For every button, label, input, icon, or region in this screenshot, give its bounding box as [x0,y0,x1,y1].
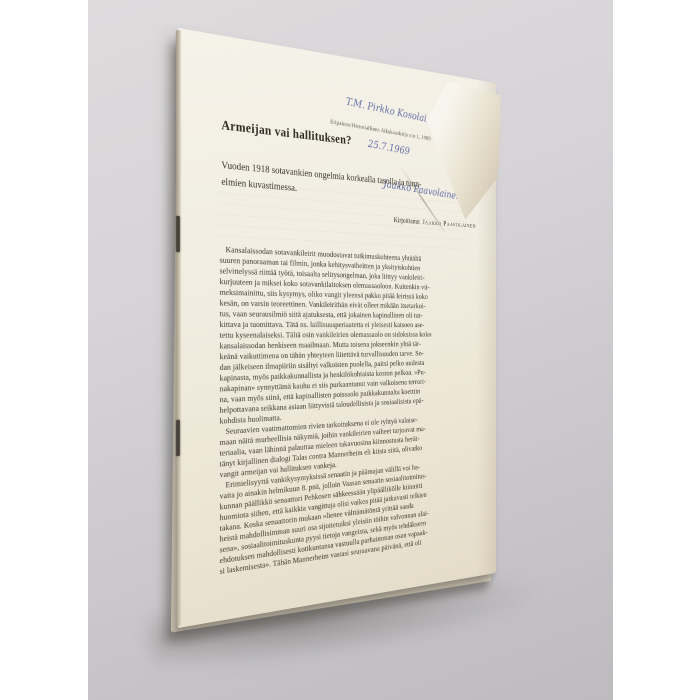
cover-page: T.M. Pirkko Kosolaiselle 25.7.1969 Jaakk… [178,28,496,628]
staple-bottom [176,420,180,456]
photo-canvas: T.M. Pirkko Kosolaiselle 25.7.1969 Jaakk… [0,0,700,700]
staple-top [176,216,180,252]
photo-backdrop: T.M. Pirkko Kosolaiselle 25.7.1969 Jaakk… [88,0,613,700]
body-text: Kansalaissodan sotavankileirit muodostav… [220,244,469,577]
offprint-booklet: T.M. Pirkko Kosolaiselle 25.7.1969 Jaakk… [178,28,496,628]
spine-edge [176,30,182,627]
paragraph: Kansalaissodan sotavankileirit muodostav… [220,244,469,427]
